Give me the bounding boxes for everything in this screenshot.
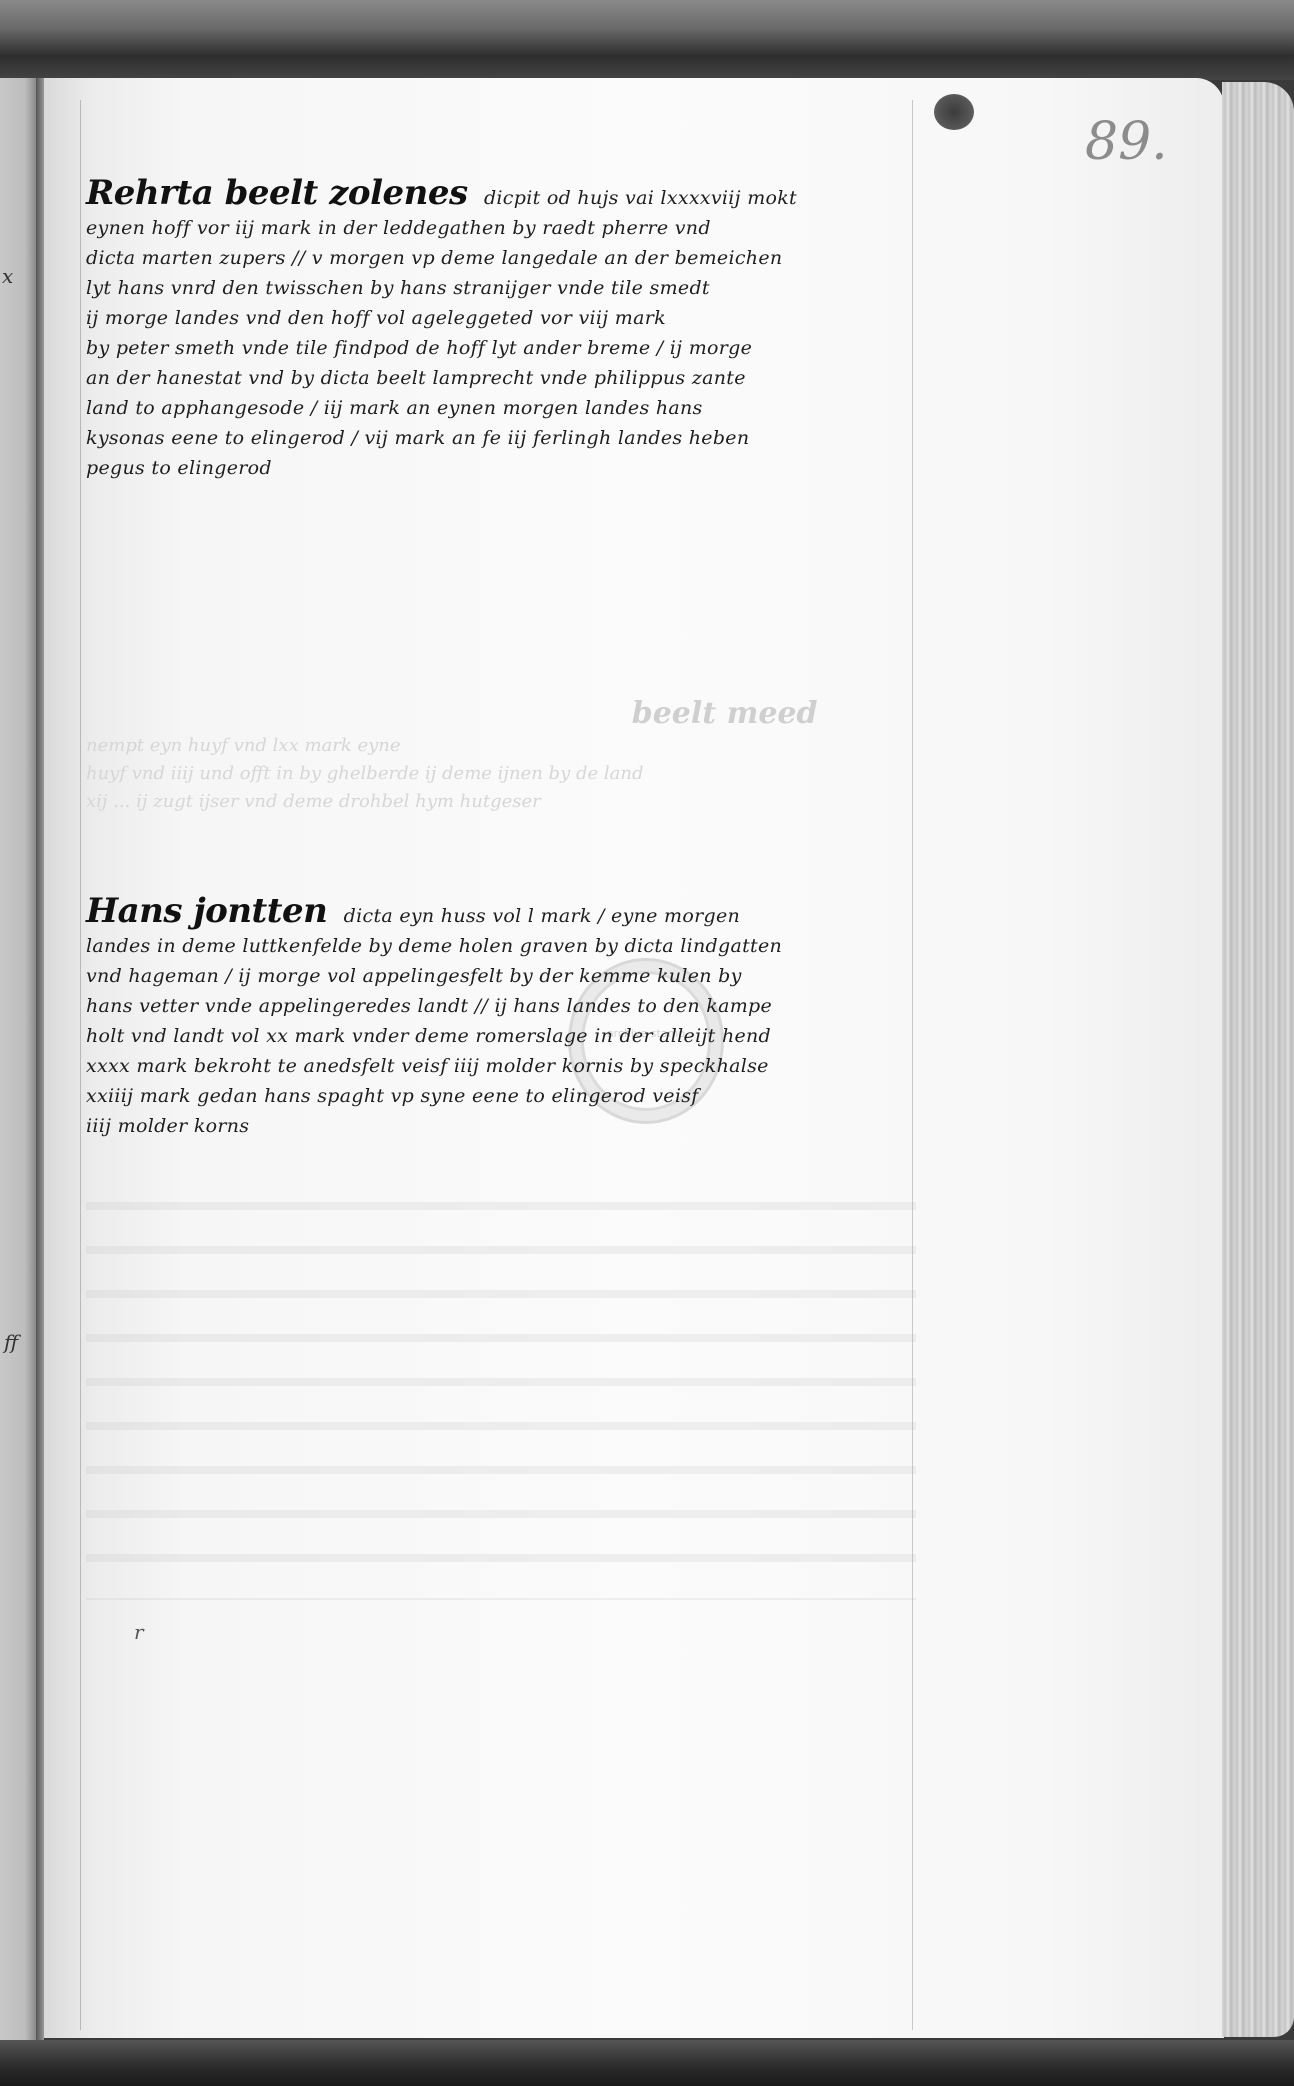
entry-line: kysonas eene to elingerod / vij mark an … xyxy=(86,423,797,453)
register-entry-1: Rehrta beelt zolenes dicpit od hujs vai … xyxy=(86,178,797,483)
register-entry-2: Hans jontten dicta eyn huss vol l mark /… xyxy=(86,896,782,1141)
entry-line: an der hanestat vnd by dicta beelt lampr… xyxy=(86,363,797,393)
entry-line: pegus to elingerod xyxy=(86,453,797,483)
ink-stain xyxy=(934,94,974,130)
entry-line: iiij molder korns xyxy=(86,1111,782,1141)
entry-line: Rehrta beelt zolenes dicpit od hujs vai … xyxy=(86,178,797,213)
entry-line: holt vnd landt vol xx mark vnder deme ro… xyxy=(86,1021,782,1051)
entry-line: landes in deme luttkenfelde by deme hole… xyxy=(86,931,782,961)
folio-number: 89. xyxy=(1085,112,1168,172)
entry-heading: Rehrta beelt zolenes xyxy=(86,173,468,213)
lower-page-mark: r xyxy=(134,1620,144,1644)
entry-line: hans vetter vnde appelingeredes landt //… xyxy=(86,991,782,1021)
page-block-edges xyxy=(1222,82,1294,2037)
entry-line: by peter smeth vnde tile findpod de hoff… xyxy=(86,333,797,363)
left-margin-rule xyxy=(80,100,81,2030)
book-gutter xyxy=(36,78,44,2040)
facing-page-edge: x ff xyxy=(0,78,36,2040)
ghost-line: beelt meed xyxy=(86,700,817,732)
bleed-through-text: beelt meed nempt eyn huyf vnd lxx mark e… xyxy=(86,700,817,816)
entry-heading: Hans jontten xyxy=(86,891,327,931)
entry-line: land to apphangesode / iij mark an eynen… xyxy=(86,393,797,423)
entry-line: vnd hageman / ij morge vol appelingesfel… xyxy=(86,961,782,991)
entry-line: xxxx mark bekroht te anedsfelt veisf iii… xyxy=(86,1051,782,1081)
ghost-line: huyf vnd iiij und offt in by ghelberde i… xyxy=(86,760,817,788)
left-margin-mark-upper: x xyxy=(2,264,13,288)
right-margin-rule xyxy=(912,100,913,2030)
ghost-line: nempt eyn huyf vnd lxx mark eyne xyxy=(86,732,817,760)
scanner-bottom-edge xyxy=(0,2040,1294,2086)
entry-line: Hans jontten dicta eyn huss vol l mark /… xyxy=(86,896,782,931)
entry-line: dicta marten zupers // v morgen vp deme … xyxy=(86,243,797,273)
ghost-line: xij ... ij zugt ijser vnd deme drohbel h… xyxy=(86,788,817,816)
entry-line: lyt hans vnrd den twisschen by hans stra… xyxy=(86,273,797,303)
scanner-top-edge xyxy=(0,0,1294,80)
left-margin-mark-lower: ff xyxy=(4,1330,18,1354)
entry-line: eynen hoff vor iij mark in der leddegath… xyxy=(86,213,797,243)
bleed-through-lines xyxy=(86,1180,916,1600)
entry-line: ij morge landes vnd den hoff vol agelegg… xyxy=(86,303,797,333)
entry-line: xxiiij mark gedan hans spaght vp syne ee… xyxy=(86,1081,782,1111)
